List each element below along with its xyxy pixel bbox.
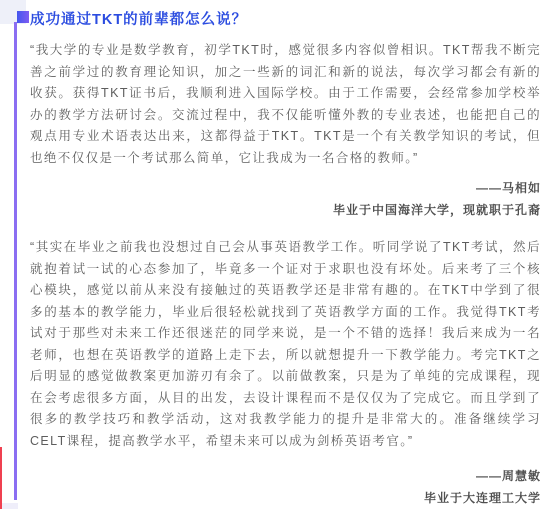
testimonial-author-1: ——马相如 (30, 178, 541, 200)
testimonial-credential-2: 毕业于大连理工大学 (30, 488, 541, 509)
testimonial-signature-2: ——周慧敏 毕业于大连理工大学 (30, 466, 541, 509)
testimonial-author-2: ——周慧敏 (30, 466, 541, 488)
testimonial-quote-1: “我大学的专业是数学教育，初学TKT时，感觉很多内容似曾相识。TKT帮我不断完善… (30, 40, 541, 169)
testimonial-signature-1: ——马相如 毕业于中国海洋大学，现就职于孔裔 (30, 178, 541, 221)
vertical-accent-line (14, 22, 17, 500)
left-edge-marker (0, 447, 2, 509)
testimonial-credential-1: 毕业于中国海洋大学，现就职于孔裔 (30, 200, 541, 222)
testimonial-section: 成功通过TKT的前辈都怎么说？ “我大学的专业是数学教育，初学TKT时，感觉很多… (0, 0, 554, 509)
section-title: 成功通过TKT的前辈都怎么说？ (30, 8, 541, 29)
section-bullet-icon (17, 11, 29, 23)
section-content: 成功通过TKT的前辈都怎么说？ “我大学的专业是数学教育，初学TKT时，感觉很多… (30, 0, 541, 509)
testimonial-quote-2: “其实在毕业之前我也没想过自己会从事英语教学工作。听同学说了TKT考试，然后就抱… (30, 237, 541, 452)
bottom-decoration-band (0, 503, 18, 509)
